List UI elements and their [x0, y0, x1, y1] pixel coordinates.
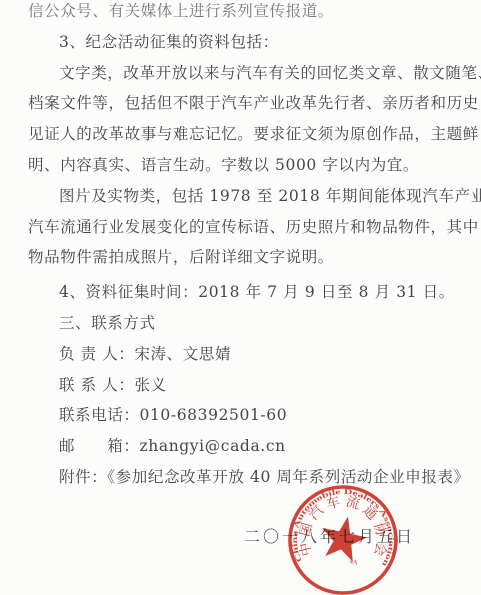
seal-char: 流	[344, 493, 362, 513]
document-line: 联 系 人：张义	[28, 370, 465, 401]
document-line: 明、内容真实、语言生动。字数以 5000 字以内为宜。	[28, 150, 465, 181]
document-line: 档案文件等，包括但不限于汽车产业改革先行者、亲历者和历史	[28, 88, 465, 119]
star-icon	[322, 517, 367, 562]
document-line: 汽车流通行业发展变化的宣传标语、历史照片和物品物件，其中	[28, 212, 465, 243]
document-body: 信公众号、有关媒体上进行系列宣传报道。3、纪念活动征集的资料包括：文字类，改革开…	[28, 0, 465, 493]
document-line: 文字类，改革开放以来与汽车有关的回忆类文章、散文随笔、	[28, 58, 465, 89]
document-line: 图片及实物类，包括 1978 至 2018 年期间能体现汽车产业及	[28, 181, 465, 212]
document-line: 三、联系方式	[28, 308, 465, 339]
document-line: 邮 箱：zhangyi@cada.cn	[28, 431, 465, 462]
seal-char: 国	[297, 521, 316, 538]
official-seal-graphic: China Automobile Dealers Association 中 国…	[283, 482, 403, 595]
document-line: 物品物件需拍成照片，后附详细文字说明。	[28, 242, 465, 273]
seal-char: 会	[370, 541, 389, 558]
official-seal: China Automobile Dealers Association 中 国…	[283, 482, 403, 595]
document-page: 信公众号、有关媒体上进行系列宣传报道。3、纪念活动征集的资料包括：文字类，改革开…	[0, 0, 481, 595]
document-line: 负 责 人：宋涛、文思婧	[28, 339, 465, 370]
seal-char: 车	[325, 494, 342, 513]
document-line: 联系电话：010-68392501-60	[28, 400, 465, 431]
document-line: 3、纪念活动征集的资料包括：	[28, 27, 465, 58]
document-line: 信公众号、有关媒体上进行系列宣传报道。	[28, 0, 465, 27]
document-line: 见证人的改革故事与难忘记忆。要求征文须为原创作品，主题鲜	[28, 119, 465, 150]
seal-badge-text: 4A	[349, 557, 359, 567]
document-line: 4、资料征集时间：2018 年 7 月 9 日至 8 月 31 日。	[28, 277, 465, 308]
